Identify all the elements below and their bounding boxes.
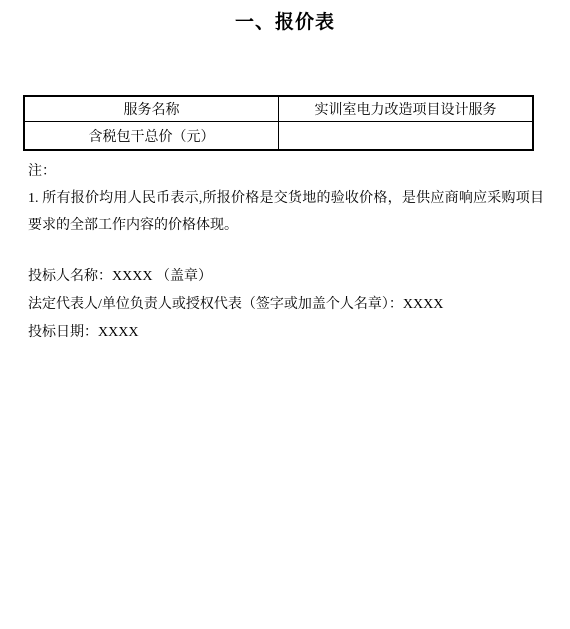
service-name-value: 实训室电力改造项目设计服务 <box>279 96 534 122</box>
notes-heading: 注： <box>28 158 544 185</box>
signature-section: 投标人名称：XXXX （盖章） 法定代表人/单位负责人或授权代表（签字或加盖个人… <box>28 263 544 347</box>
representative-line: 法定代表人/单位负责人或授权代表（签字或加盖个人名章）：XXXX <box>28 291 544 319</box>
total-price-label: 含税包干总价（元） <box>24 122 279 151</box>
total-price-value <box>279 122 534 151</box>
notes-section: 注： 1. 所有报价均用人民币表示,所报价格是交货地的验收价格，是供应商响应采购… <box>28 158 544 239</box>
service-name-label: 服务名称 <box>24 96 279 122</box>
table-row: 服务名称 实训室电力改造项目设计服务 <box>24 96 533 122</box>
quotation-table: 服务名称 实训室电力改造项目设计服务 含税包干总价（元） <box>23 95 534 151</box>
bid-date-line: 投标日期：XXXX <box>28 319 544 347</box>
bidder-name-line: 投标人名称：XXXX （盖章） <box>28 263 544 291</box>
table-row: 含税包干总价（元） <box>24 122 533 151</box>
page-title: 一、报价表 <box>0 7 570 34</box>
notes-item-1: 1. 所有报价均用人民币表示,所报价格是交货地的验收价格，是供应商响应采购项目要… <box>28 185 544 239</box>
document-page: 一、报价表 服务名称 实训室电力改造项目设计服务 含税包干总价（元） 注： 1.… <box>0 0 570 629</box>
